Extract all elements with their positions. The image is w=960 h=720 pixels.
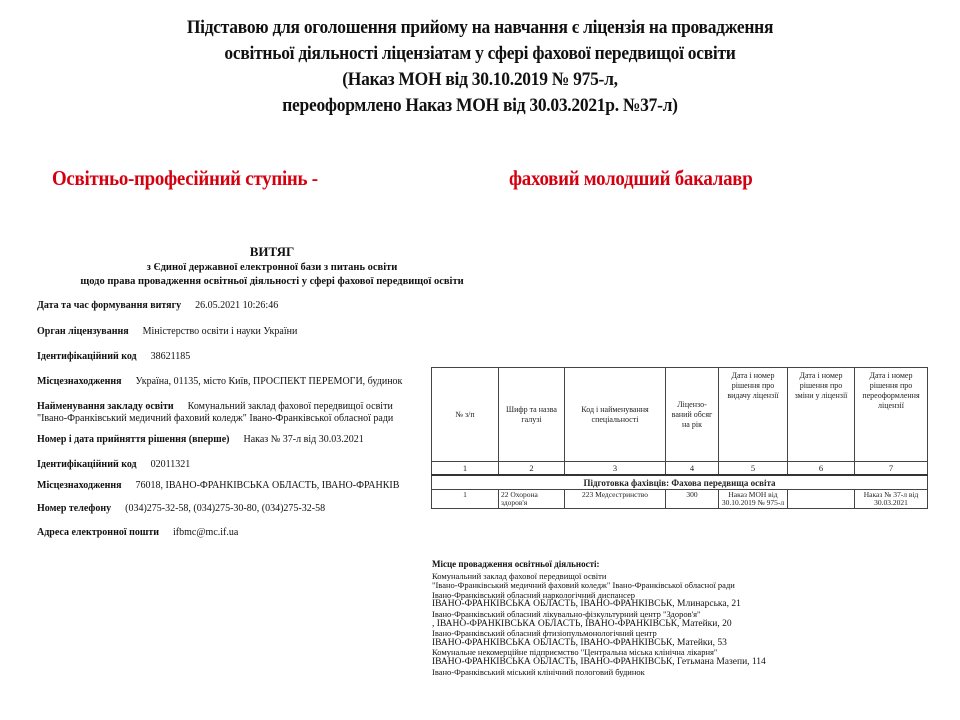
column-number: 1 (432, 462, 499, 476)
section-title: Підготовка фахівців: Фахова передвища ос… (432, 475, 928, 490)
announcement-heading: Підставою для оголошення прийому на навч… (38, 15, 921, 119)
header-cell: Дата і номер рішення про видачу ліцензії (719, 368, 788, 462)
field-licensing-authority: Орган ліцензуванняМіністерство освіти і … (37, 325, 297, 338)
table-row: 1 22 Охорона здоров'я 223 Медсестринство… (432, 490, 928, 509)
license-table: № з/п Шифр та назва галузі Код і наймену… (431, 367, 928, 509)
column-number: 7 (855, 462, 928, 476)
field-label: Адреса електронної пошти (37, 527, 159, 538)
cell-field: 22 Охорона здоров'я (499, 490, 565, 509)
field-value: "Івано-Франківський медичний фаховий кол… (37, 413, 393, 424)
cell-specialty: 223 Медсестринство (565, 490, 666, 509)
cell-change-decision (788, 490, 855, 509)
field-label: Номер телефону (37, 503, 111, 514)
field-value: 38621185 (151, 351, 191, 362)
header-cell: № з/п (432, 368, 499, 462)
field-id-code-2: Ідентифікаційний код02011321 (37, 458, 190, 471)
table-header-row: № з/п Шифр та назва галузі Код і наймену… (432, 368, 928, 462)
place-line: Івано-Франківський міський клінічний пол… (432, 668, 766, 678)
field-value: (034)275-32-58, (034)275-30-80, (034)275… (125, 503, 325, 514)
field-value: Україна, 01135, місто Київ, ПРОСПЕКТ ПЕР… (136, 376, 403, 387)
field-value: Міністерство освіти і науки України (143, 326, 298, 337)
extract-subtitle: щодо права провадження освітньої діяльно… (37, 276, 507, 287)
header-cell: Дата і номер рішення про зміни у ліцензі… (788, 368, 855, 462)
field-label: Ідентифікаційний код (37, 459, 137, 470)
column-number: 2 (499, 462, 565, 476)
field-label: Ідентифікаційний код (37, 351, 137, 362)
header-cell: Код і найменування спеціальності (565, 368, 666, 462)
places-of-activity: Місце провадження освітньої діяльності: … (432, 560, 766, 677)
heading-line: освітньої діяльності ліцензіатам у сфері… (38, 41, 921, 67)
cell-issue-decision: Наказ МОН від 30.10.2019 № 975-л (719, 490, 788, 509)
field-label: Орган ліцензування (37, 326, 129, 337)
field-label: Місцезнаходження (37, 376, 122, 387)
field-location-2: Місцезнаходження76018, ІВАНО-ФРАНКІВСЬКА… (37, 479, 399, 492)
field-value: 76018, ІВАНО-ФРАНКІВСЬКА ОБЛАСТЬ, ІВАНО-… (136, 480, 400, 491)
places-list: Комунальний заклад фахової передвищої ос… (432, 572, 766, 678)
heading-line: переоформлено Наказ МОН від 30.03.2021р.… (38, 93, 921, 119)
field-email: Адреса електронної поштиifbmc@mc.if.ua (37, 526, 238, 539)
table-section-row: Підготовка фахівців: Фахова передвища ос… (432, 475, 928, 490)
field-value: 02011321 (151, 459, 191, 470)
field-label: Найменування закладу освіти (37, 401, 174, 412)
places-title: Місце провадження освітньої діяльності: (432, 560, 766, 570)
field-label: Дата та час формування витягу (37, 300, 181, 311)
heading-line: Підставою для оголошення прийому на навч… (38, 15, 921, 41)
field-institution-name-cont: "Івано-Франківський медичний фаховий кол… (37, 412, 393, 425)
column-number: 5 (719, 462, 788, 476)
column-number: 6 (788, 462, 855, 476)
field-value: Комунальний заклад фахової передвищої ос… (188, 401, 393, 412)
field-value: 26.05.2021 10:26:46 (195, 300, 278, 311)
field-value: ifbmc@mc.if.ua (173, 527, 238, 538)
column-number: 4 (666, 462, 719, 476)
table-number-row: 1 2 3 4 5 6 7 (432, 462, 928, 476)
field-value: Наказ № 37-л від 30.03.2021 (244, 434, 364, 445)
header-cell: Дата і номер рішення про переоформлення … (855, 368, 928, 462)
field-location: МісцезнаходженняУкраїна, 01135, місто Ки… (37, 375, 402, 388)
cell-index: 1 (432, 490, 499, 509)
degree-value: фаховий молодший бакалавр (509, 166, 752, 191)
field-label: Номер і дата прийняття рішення (вперше) (37, 434, 230, 445)
field-phone: Номер телефону(034)275-32-58, (034)275-3… (37, 502, 325, 515)
heading-line: (Наказ МОН від 30.10.2019 № 975-л, (38, 67, 921, 93)
field-extract-datetime: Дата та час формування витягу26.05.2021 … (37, 299, 278, 312)
degree-label: Освітньо-професійний ступінь - (52, 166, 318, 191)
cell-volume: 300 (666, 490, 719, 509)
header-cell: Шифр та назва галузі (499, 368, 565, 462)
extract-subtitle: з Єдиної державної електронної бази з пи… (37, 262, 507, 273)
field-label: Місцезнаходження (37, 480, 122, 491)
extract-title: ВИТЯГ (37, 244, 507, 260)
field-decision: Номер і дата прийняття рішення (вперше)Н… (37, 433, 364, 446)
field-id-code: Ідентифікаційний код38621185 (37, 350, 190, 363)
header-cell: Ліцензо-ваний обсяг на рік (666, 368, 719, 462)
cell-reissue-decision: Наказ № 37-л від 30.03.2021 (855, 490, 928, 509)
column-number: 3 (565, 462, 666, 476)
